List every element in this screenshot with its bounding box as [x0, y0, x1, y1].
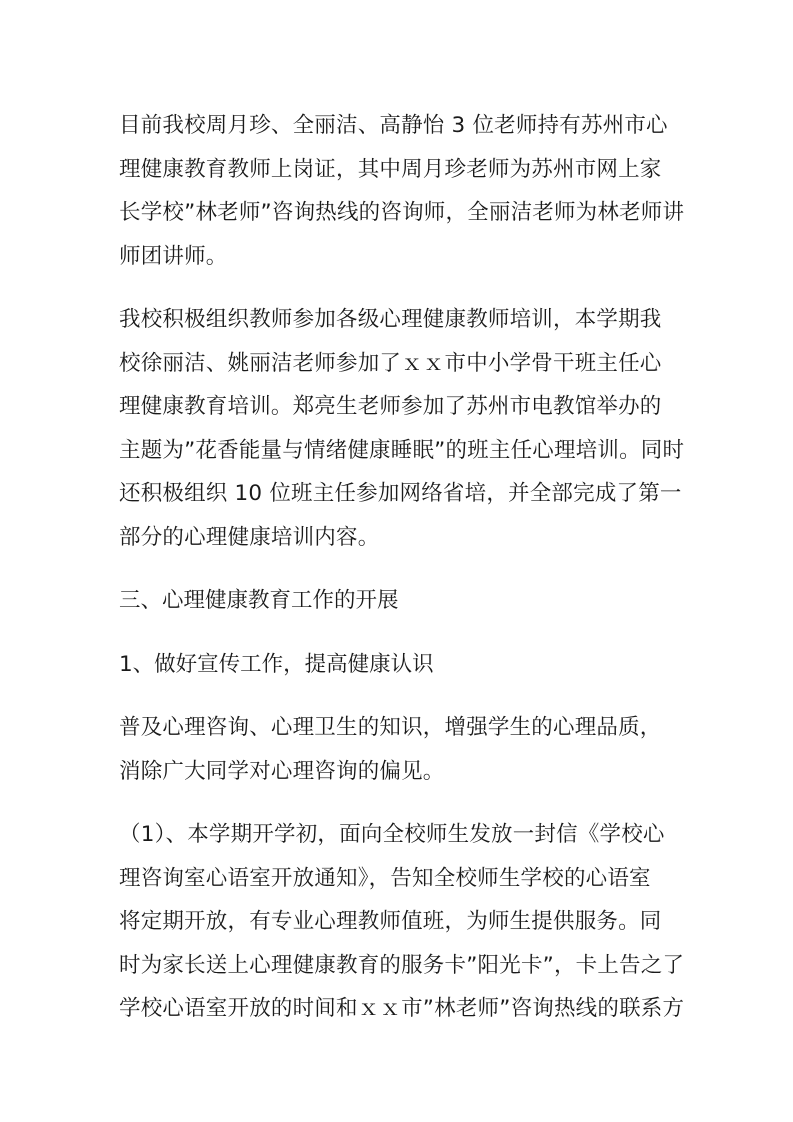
subsection-heading: 1、做好宣传工作，提高健康认识	[119, 643, 679, 687]
section-heading-text: 三、心理健康教育工作的开展	[119, 588, 399, 613]
text-line: 长学校”林老师”咨询热线的咨询师，全丽洁老师为林老师讲	[119, 191, 679, 235]
text-line: 理咨询室心语室开放通知》，告知全校师生学校的心语室	[119, 857, 679, 901]
text-line: 理健康教育教师上岗证，其中周月珍老师为苏州市网上家	[119, 148, 679, 192]
text-line: （1）、本学期开学初，面向全校师生发放一封信《学校心	[119, 813, 679, 857]
text-line: 目前我校周月珍、全丽洁、高静怡 3 位老师持有苏州市心	[119, 104, 679, 148]
paragraph-teacher-certification: 目前我校周月珍、全丽洁、高静怡 3 位老师持有苏州市心 理健康教育教师上岗证，其…	[119, 104, 679, 278]
text-line: 理健康教育培训。郑亮生老师参加了苏州市电教馆举办的	[119, 385, 679, 429]
document-page: 目前我校周月珍、全丽洁、高静怡 3 位老师持有苏州市心 理健康教育教师上岗证，其…	[119, 104, 679, 1051]
text-line: 时为家长送上心理健康教育的服务卡”阳光卡”，卡上告之了	[119, 944, 679, 988]
text-line: 主题为”花香能量与情绪健康睡眠”的班主任心理培训。同时	[119, 429, 679, 473]
text-line: 学校心语室开放的时间和ｘｘ市”林老师”咨询热线的联系方	[119, 987, 679, 1031]
text-line: 我校积极组织教师参加各级心理健康教师培训，本学期我	[119, 298, 679, 342]
text-line: 将定期开放，有专业心理教师值班，为师生提供服务。同	[119, 900, 679, 944]
text-line: 消除广大同学对心理咨询的偏见。	[119, 750, 679, 794]
section-heading: 三、心理健康教育工作的开展	[119, 579, 679, 623]
text-line: 校徐丽洁、姚丽洁老师参加了ｘｘ市中小学骨干班主任心	[119, 342, 679, 386]
paragraph-teacher-training: 我校积极组织教师参加各级心理健康教师培训，本学期我 校徐丽洁、姚丽洁老师参加了ｘ…	[119, 298, 679, 559]
paragraph-publicity-intro: 普及心理咨询、心理卫生的知识，增强学生的心理品质， 消除广大同学对心理咨询的偏见…	[119, 706, 679, 793]
subsection-heading-text: 1、做好宣传工作，提高健康认识	[119, 652, 434, 677]
text-line: 部分的心理健康培训内容。	[119, 516, 679, 560]
text-line: 普及心理咨询、心理卫生的知识，增强学生的心理品质，	[119, 706, 679, 750]
text-line: 师团讲师。	[119, 235, 679, 279]
text-line: 还积极组织 10 位班主任参加网络省培，并全部完成了第一	[119, 472, 679, 516]
paragraph-item-1: （1）、本学期开学初，面向全校师生发放一封信《学校心 理咨询室心语室开放通知》，…	[119, 813, 679, 1031]
